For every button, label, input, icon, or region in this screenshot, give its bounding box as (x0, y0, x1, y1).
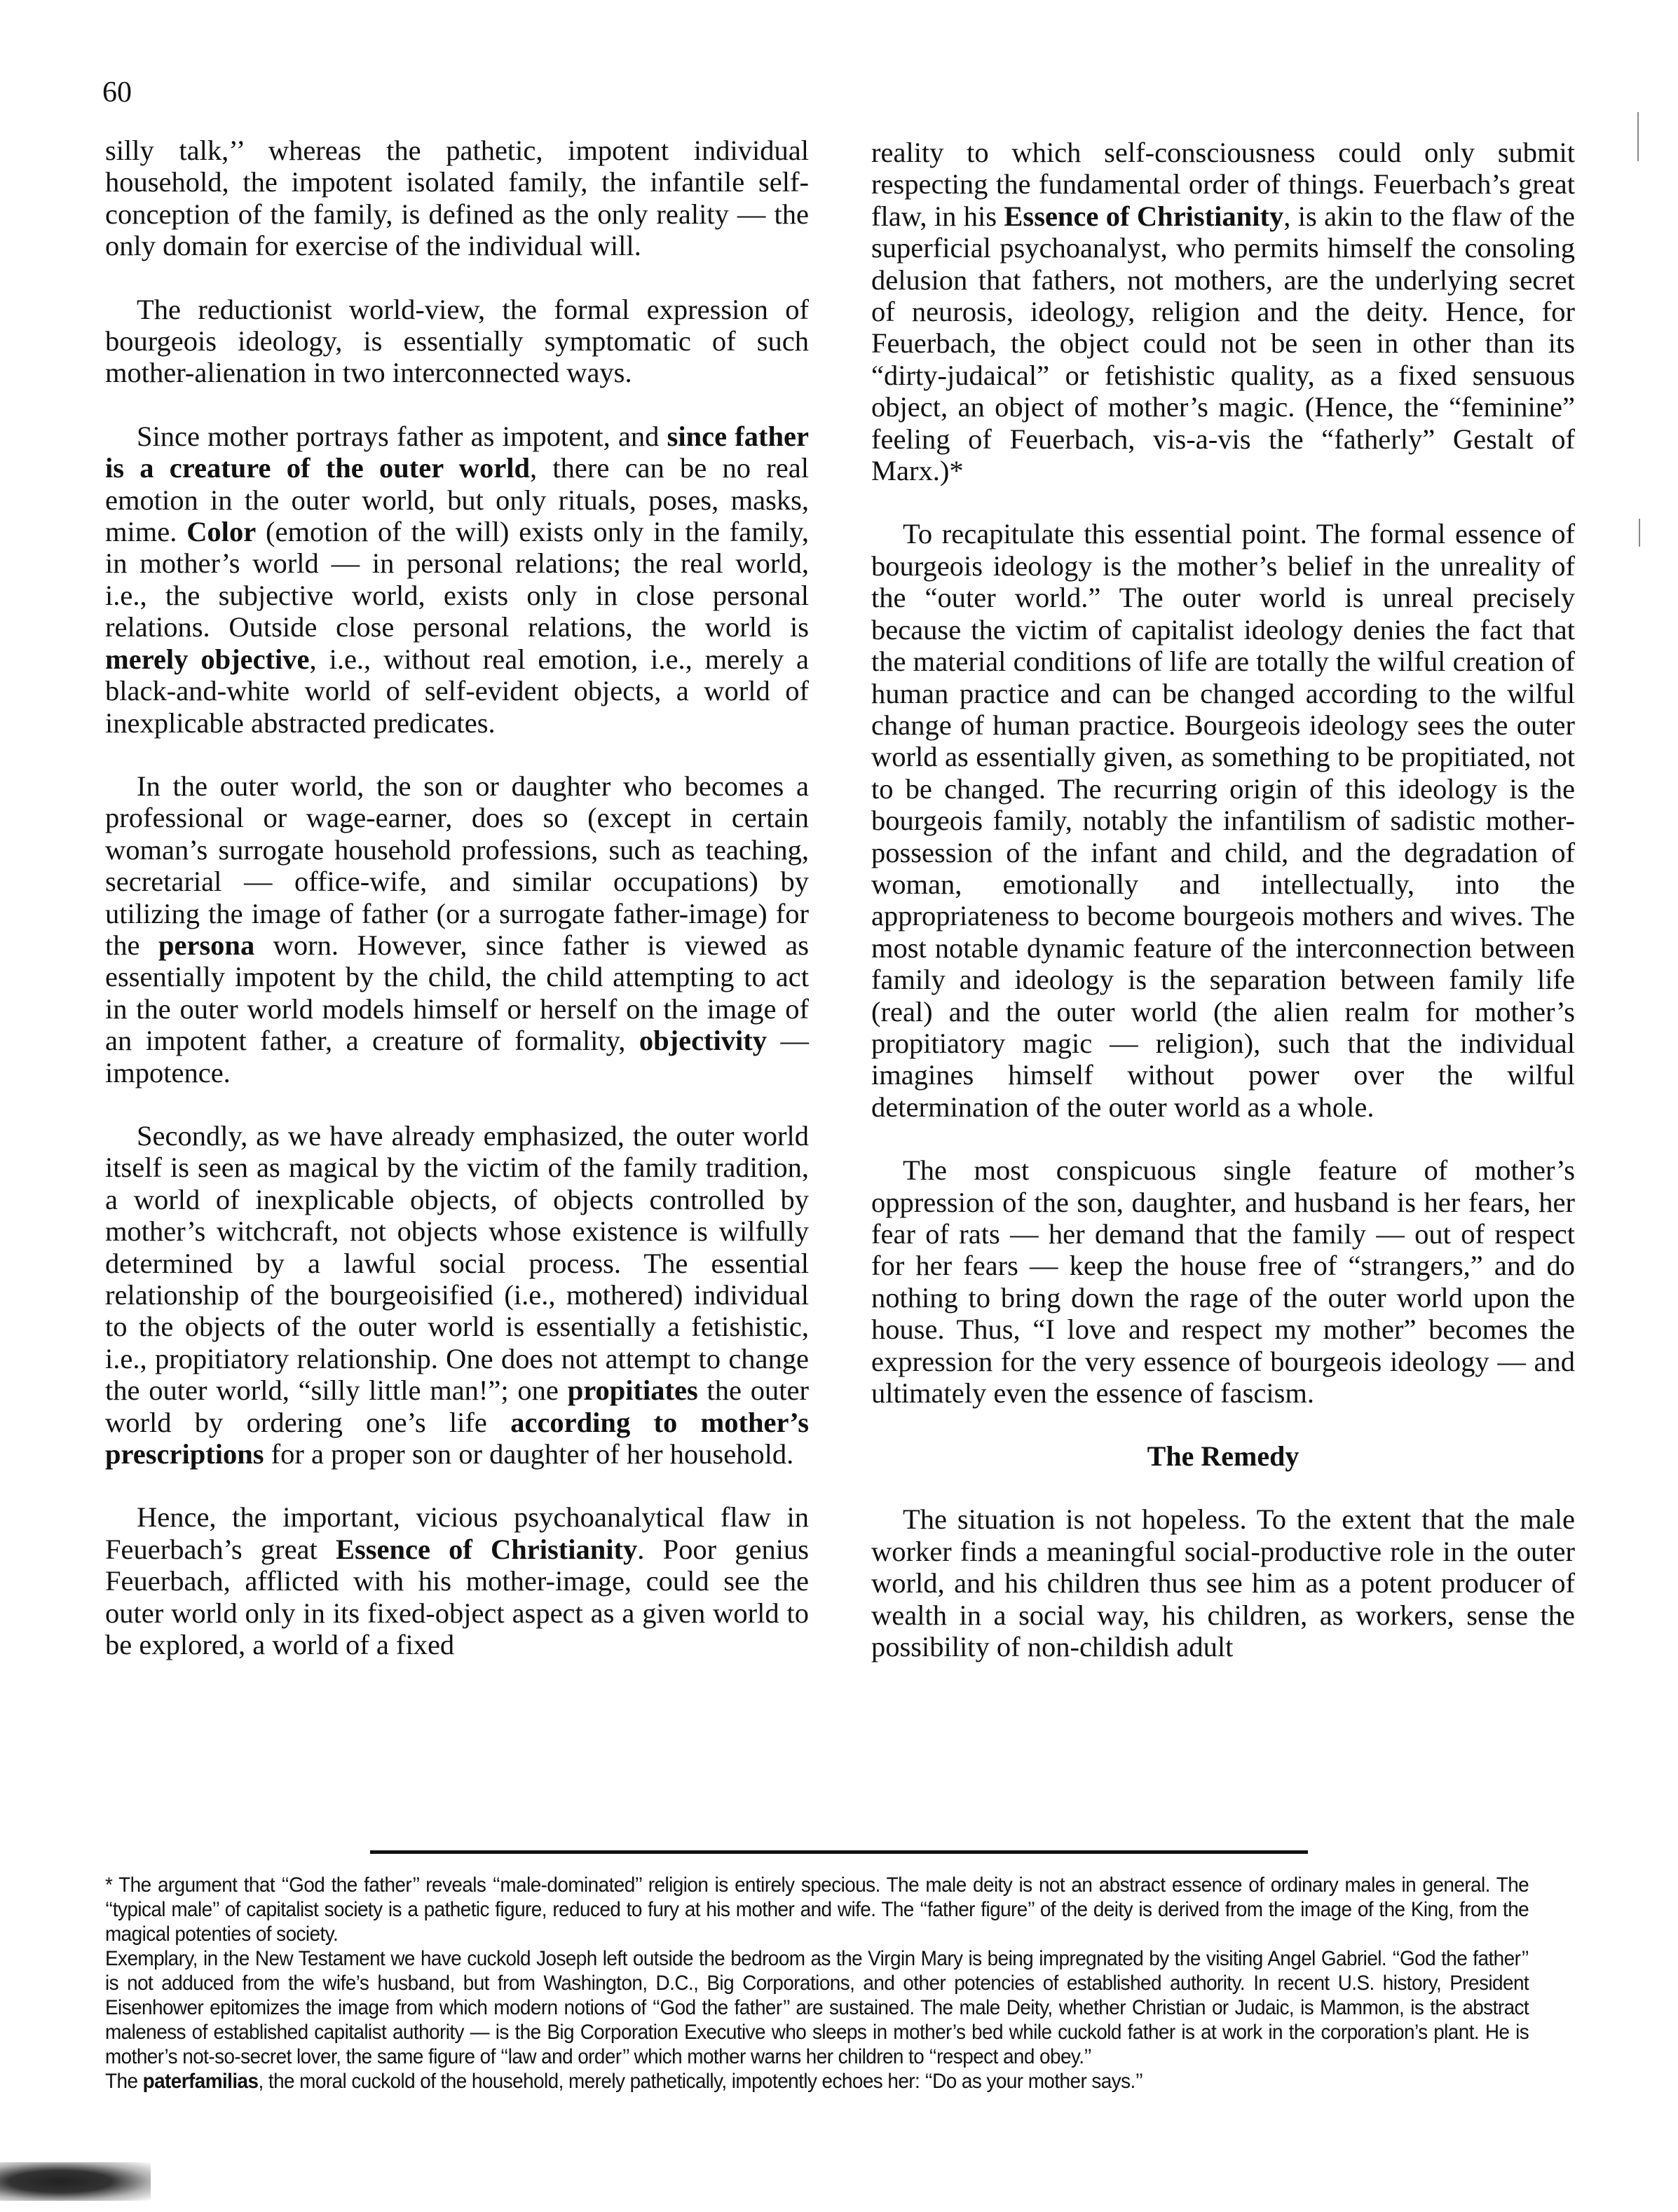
left-column: silly talk,’’ whereas the pathetic, impo… (105, 135, 809, 1660)
emphasis-text: merely objective (105, 643, 310, 675)
section-heading: The Remedy (871, 1440, 1575, 1472)
emphasis-text: objectivity (639, 1025, 767, 1056)
footnote-text: * The argument that ‘‘God the father’’ r… (105, 1873, 1529, 1946)
right-column: reality to which self-consciousness coul… (871, 137, 1575, 1663)
emphasis-text: Essence of Christianity (336, 1534, 637, 1565)
body-text: The most conspicuous single feature of m… (871, 1154, 1575, 1409)
paragraph: The most conspicuous single feature of m… (871, 1154, 1575, 1409)
page-number: 60 (102, 76, 132, 109)
body-text: The reductionist world-view, the formal … (105, 294, 809, 389)
footnote: * The argument that ‘‘God the father’’ r… (105, 1873, 1529, 2094)
body-text: Secondly, as we have already emphasized,… (105, 1120, 809, 1406)
paragraph: Hence, the important, vicious psychoanal… (105, 1501, 809, 1660)
footnote-text: The (105, 2070, 143, 2093)
emphasis-text: Essence of Christianity (1004, 200, 1283, 232)
emphasis-text: persona (158, 929, 254, 961)
body-text: silly talk,’’ whereas the pathetic, impo… (105, 135, 809, 261)
scan-smudge (0, 2162, 151, 2201)
footnote-text: , the moral cuckold of the household, me… (258, 2070, 1142, 2093)
body-text: To recapitulate this essential point. Th… (871, 518, 1575, 1122)
margin-mark (1637, 112, 1639, 161)
emphasis-text: Color (186, 516, 256, 547)
paragraph: silly talk,’’ whereas the pathetic, impo… (105, 135, 809, 262)
footnote-paragraph: Exemplary, in the New Testament we have … (105, 1946, 1529, 2069)
footnote-text: Exemplary, in the New Testament we have … (105, 1947, 1529, 2068)
paragraph: In the outer world, the son or daughter … (105, 770, 809, 1088)
body-text: , is akin to the flaw of the superficial… (871, 200, 1575, 486)
paragraph: The situation is not hopeless. To the ex… (871, 1503, 1575, 1663)
body-text: for a proper son or daughter of her hous… (264, 1438, 794, 1470)
footnote-paragraph: The paterfamilias, the moral cuckold of … (105, 2069, 1529, 2094)
body-text: Since mother portrays father as impotent… (137, 421, 667, 452)
margin-mark (1639, 519, 1640, 547)
paragraph: Secondly, as we have already emphasized,… (105, 1120, 809, 1470)
emphasis-text: paterfamilias (143, 2070, 259, 2093)
body-text: The situation is not hopeless. To the ex… (871, 1503, 1575, 1663)
emphasis-text: propitiates (568, 1374, 698, 1406)
paragraph: The reductionist world-view, the formal … (105, 294, 809, 389)
footnote-rule (370, 1850, 1308, 1854)
footnote-paragraph: * The argument that ‘‘God the father’’ r… (105, 1873, 1529, 1946)
paragraph: reality to which self-consciousness coul… (871, 137, 1575, 486)
paragraph: To recapitulate this essential point. Th… (871, 518, 1575, 1123)
paragraph: Since mother portrays father as impotent… (105, 421, 809, 739)
